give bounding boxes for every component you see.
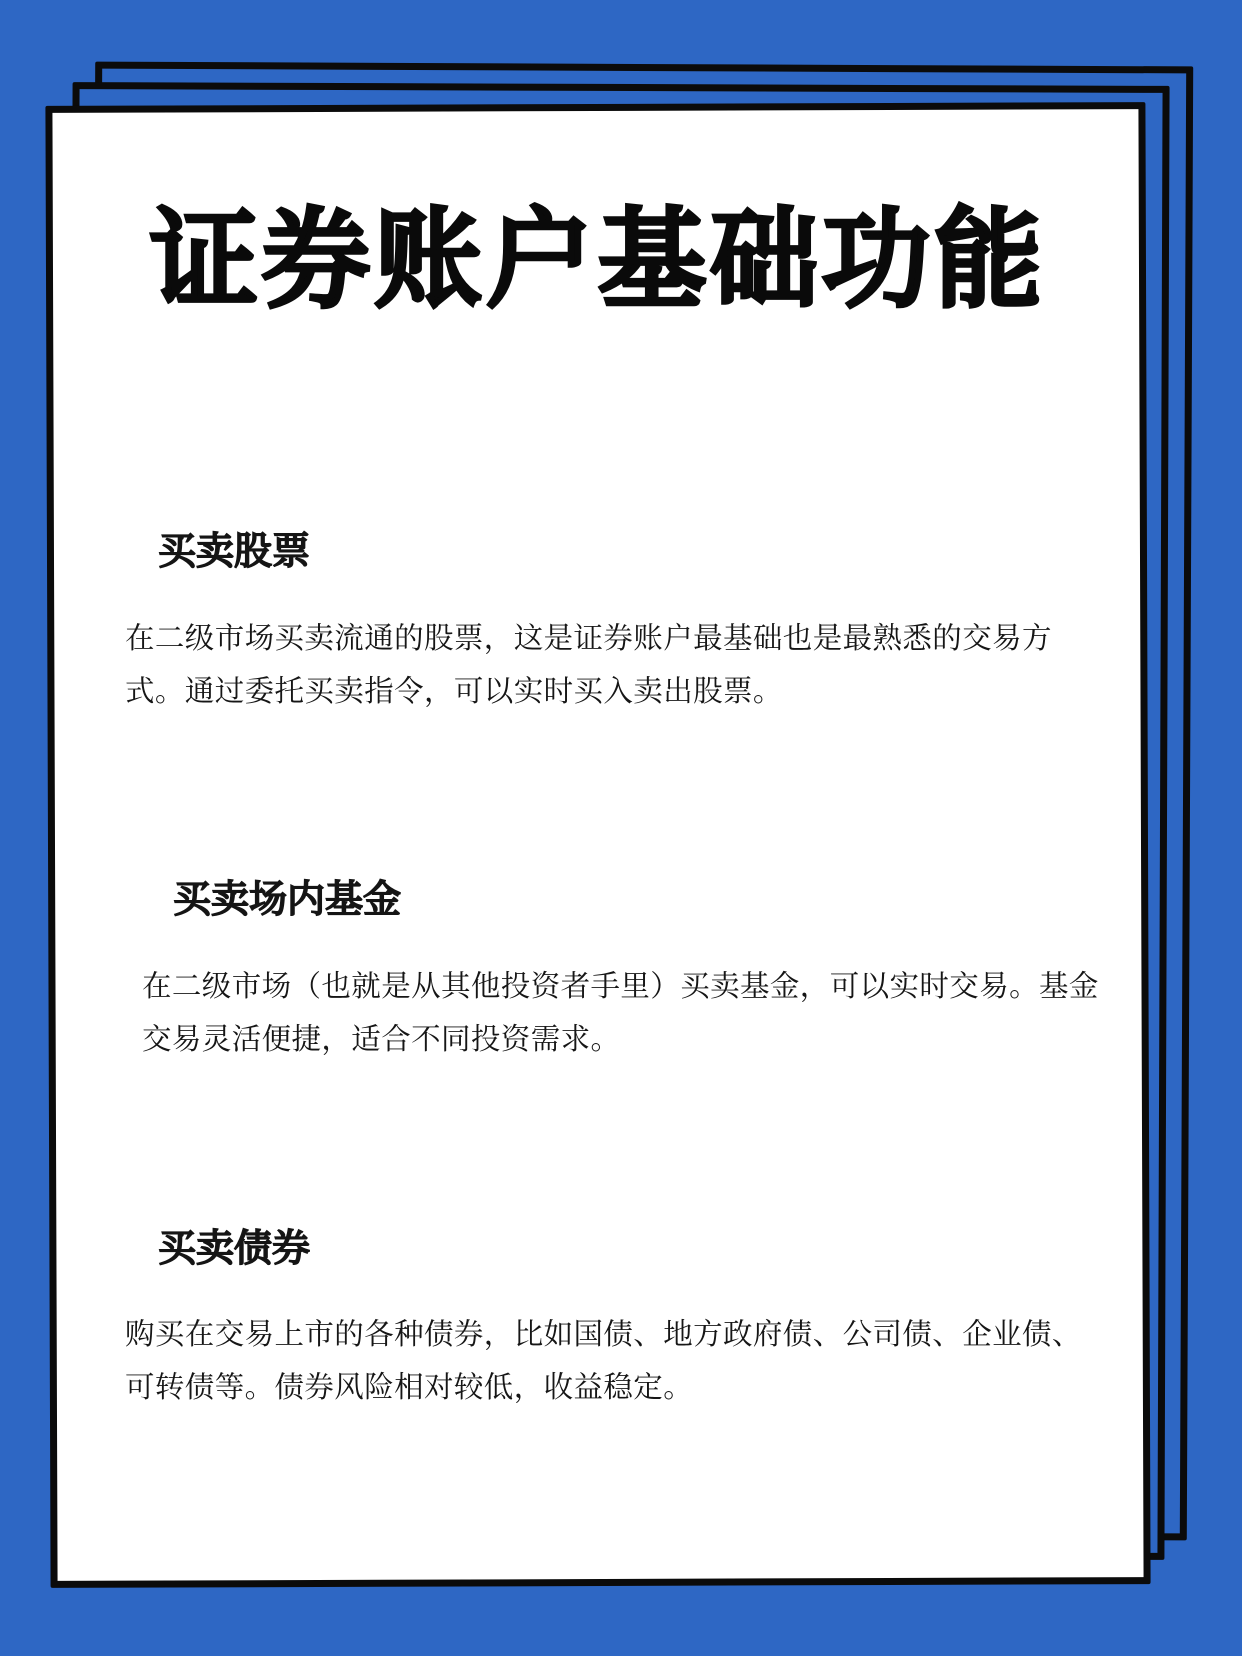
section-body-stocks: 在二级市场买卖流通的股票，这是证券账户最基础也是最熟悉的交易方式。通过委托买卖指… (125, 612, 1085, 718)
page-title: 证券账户基础功能 (150, 196, 1110, 326)
section-heading-funds: 买卖场内基金 (173, 868, 401, 923)
section-body-bonds: 购买在交易上市的各种债券，比如国债、地方政府债、公司债、企业债、可转债等。债券风… (125, 1308, 1085, 1414)
section-heading-bonds: 买卖债券 (158, 1217, 310, 1272)
section-body-funds: 在二级市场（也就是从其他投资者手里）买卖基金，可以实时交易。基金交易灵活便捷，适… (142, 960, 1102, 1066)
section-heading-stocks: 买卖股票 (158, 520, 310, 575)
